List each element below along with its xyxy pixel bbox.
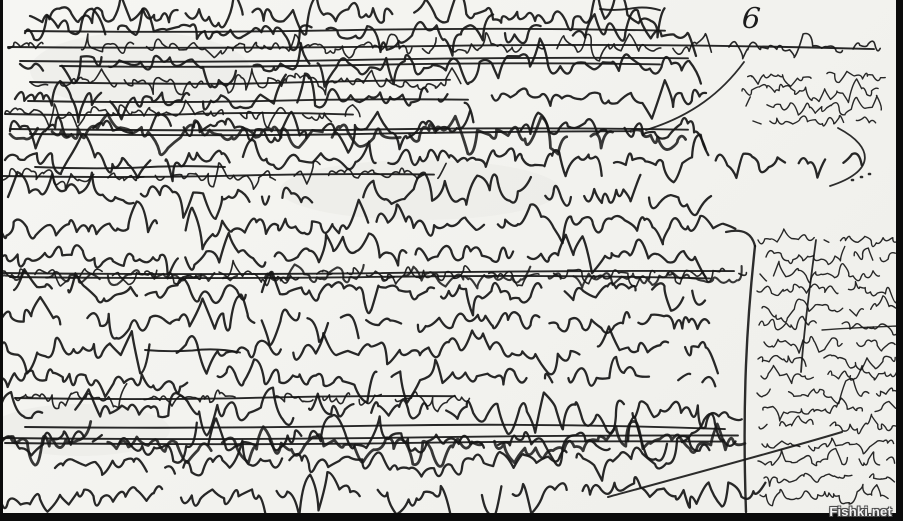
handwriting-layer bbox=[0, 0, 903, 521]
ink-stroke bbox=[763, 398, 896, 421]
ink-stroke bbox=[764, 473, 894, 486]
ink-stroke bbox=[762, 296, 896, 322]
ink-stroke bbox=[748, 71, 886, 86]
paper-smudge bbox=[280, 160, 560, 220]
paper-smudges bbox=[0, 32, 560, 456]
scan-edge-right bbox=[896, 0, 903, 521]
ink-stroke bbox=[764, 337, 895, 353]
ink-stroke bbox=[745, 246, 755, 512]
page-number: 6 bbox=[741, 3, 761, 33]
ink-stroke bbox=[760, 261, 888, 282]
margin-notes-right bbox=[757, 229, 903, 506]
ink-stroke bbox=[600, 8, 660, 11]
ink-stroke bbox=[758, 355, 895, 370]
scan-edge-bottom bbox=[0, 513, 903, 521]
ink-stroke bbox=[753, 116, 876, 126]
ink-stroke bbox=[760, 484, 888, 505]
ink-stroke bbox=[30, 131, 630, 135]
manuscript-scan: 6 Fishki.net bbox=[0, 0, 903, 521]
ink-stroke bbox=[0, 472, 765, 517]
ink-stroke bbox=[766, 247, 895, 265]
watermark: Fishki.net bbox=[829, 504, 892, 519]
ink-stroke bbox=[726, 231, 755, 246]
ink-stroke bbox=[758, 229, 898, 247]
margin-notes-top-right bbox=[742, 71, 885, 126]
ink-stroke bbox=[822, 326, 898, 330]
ink-stroke bbox=[759, 316, 901, 334]
paper-smudge bbox=[30, 32, 250, 108]
scan-edge-left bbox=[0, 0, 3, 521]
ink-stroke bbox=[757, 379, 899, 404]
